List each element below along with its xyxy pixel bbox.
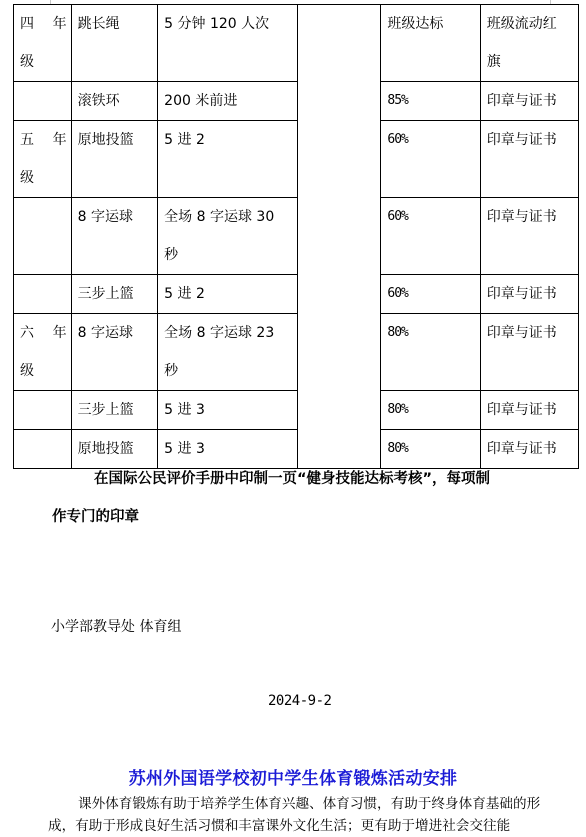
grade-char: 级 xyxy=(20,43,71,81)
merged-blank-cell xyxy=(298,5,381,469)
pass-rate-cell: 80% xyxy=(381,314,480,391)
pass-rate-cell: 60% xyxy=(381,121,480,198)
award-cell: 印章与证书 xyxy=(480,314,578,391)
table-row: 六年 级 8 字运球 全场 8 字运球 23 秒 80% 印章与证书 xyxy=(14,314,579,391)
pass-rate-cell: 60% xyxy=(381,198,480,275)
standard-cell: 5 进 2 xyxy=(158,121,298,198)
item-cell: 8 字运球 xyxy=(71,198,158,275)
standard-cell: 全场 8 字运球 23 秒 xyxy=(158,314,298,391)
award-cell: 印章与证书 xyxy=(480,275,578,314)
note-line: 在国际公民评价手册中印制一页“健身技能达标考核”，每项制 xyxy=(94,471,490,487)
grade-char: 六 xyxy=(20,314,34,352)
grade-char: 五 xyxy=(20,121,34,159)
grade-char: 级 xyxy=(20,352,71,390)
grade-char: 年 xyxy=(53,5,67,43)
grade-char: 级 xyxy=(20,159,71,197)
item-cell: 跳长绳 xyxy=(71,5,158,82)
award-cell: 印章与证书 xyxy=(480,198,578,275)
table-row: 五年 级 原地投篮 5 进 2 60% 印章与证书 xyxy=(14,121,579,198)
note-line: 作专门的印章 xyxy=(52,498,572,536)
standard-text: 全场 8 字运球 30 xyxy=(164,198,297,236)
standard-cell: 5 分钟 120 人次 xyxy=(158,5,298,82)
item-cell: 三步上篮 xyxy=(71,275,158,314)
standard-cell: 5 进 2 xyxy=(158,275,298,314)
grade-cell xyxy=(14,198,72,275)
award-cell: 印章与证书 xyxy=(480,82,578,121)
document-page: 四年 级 跳长绳 5 分钟 120 人次 班级达标 班级流动红 旗 滚铁环 20… xyxy=(0,0,586,837)
item-cell: 8 字运球 xyxy=(71,314,158,391)
grade-char: 年 xyxy=(53,121,67,159)
item-cell: 三步上篮 xyxy=(71,391,158,430)
award-cell: 班级流动红 旗 xyxy=(480,5,578,82)
pass-rate-cell: 85% xyxy=(381,82,480,121)
award-cell: 印章与证书 xyxy=(480,391,578,430)
grade-char: 四 xyxy=(20,5,34,43)
grade-cell xyxy=(14,82,72,121)
document-date: 2024-9-2 xyxy=(268,693,331,709)
standard-cell: 5 进 3 xyxy=(158,391,298,430)
signature-department: 小学部教导处 体育组 xyxy=(51,616,181,638)
award-text: 班级流动红 xyxy=(487,5,578,43)
standard-text: 秒 xyxy=(164,352,297,390)
pass-rate-cell: 80% xyxy=(381,391,480,430)
item-cell: 滚铁环 xyxy=(71,82,158,121)
section-body-paragraph: 课外体育锻炼有助于培养学生体育兴趣、体育习惯，有助于终身体育基础的形成，有助于形… xyxy=(48,793,558,837)
grade-cell: 六年 级 xyxy=(14,314,72,391)
item-cell: 原地投篮 xyxy=(71,121,158,198)
table-row: 三步上篮 5 进 3 80% 印章与证书 xyxy=(14,391,579,430)
section-title: 苏州外国语学校初中学生体育锻炼活动安排 xyxy=(0,764,586,789)
grade-cell xyxy=(14,391,72,430)
pass-rate-cell: 班级达标 xyxy=(381,5,480,82)
grade-cell xyxy=(14,275,72,314)
table-row: 四年 级 跳长绳 5 分钟 120 人次 班级达标 班级流动红 旗 xyxy=(14,5,579,82)
award-cell: 印章与证书 xyxy=(480,121,578,198)
fitness-standards-table: 四年 级 跳长绳 5 分钟 120 人次 班级达标 班级流动红 旗 滚铁环 20… xyxy=(13,4,579,469)
standard-cell: 全场 8 字运球 30 秒 xyxy=(158,198,298,275)
table-row: 8 字运球 全场 8 字运球 30 秒 60% 印章与证书 xyxy=(14,198,579,275)
pass-rate-cell: 60% xyxy=(381,275,480,314)
grade-char: 年 xyxy=(53,314,67,352)
standard-text: 全场 8 字运球 23 xyxy=(164,314,297,352)
grade-cell: 五年 级 xyxy=(14,121,72,198)
award-text: 旗 xyxy=(487,43,578,81)
grade-cell: 四年 级 xyxy=(14,5,72,82)
stamp-note-paragraph: 在国际公民评价手册中印制一页“健身技能达标考核”，每项制 作专门的印章 xyxy=(52,460,572,536)
table-row: 滚铁环 200 米前进 85% 印章与证书 xyxy=(14,82,579,121)
standard-text: 秒 xyxy=(164,236,297,274)
table-row: 三步上篮 5 进 2 60% 印章与证书 xyxy=(14,275,579,314)
standard-cell: 200 米前进 xyxy=(158,82,298,121)
